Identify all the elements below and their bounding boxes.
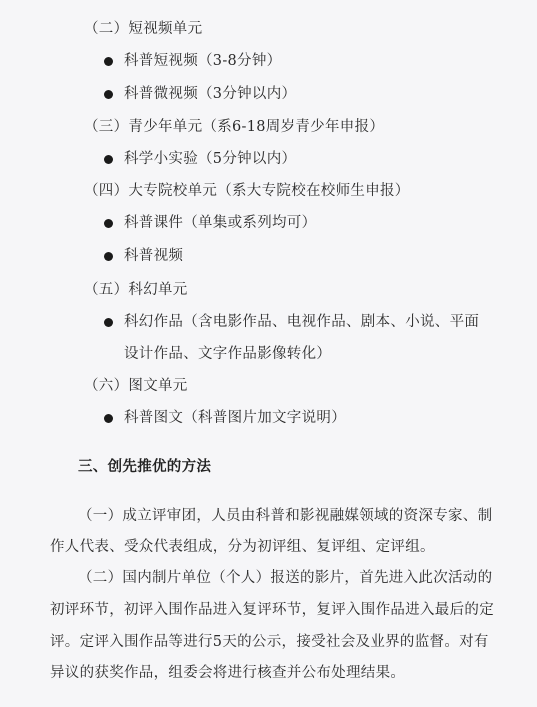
bullet-icon — [104, 57, 113, 66]
bullet-icon — [104, 414, 113, 423]
bullet-icon — [104, 90, 113, 99]
list-item: 科普视频 — [124, 246, 183, 266]
unit-title-short-video: （二）短视频单元 — [84, 19, 202, 39]
paragraph-line: 作人代表、受众代表组成，分为初评组、复评组、定评组。 — [50, 537, 435, 557]
paragraph-line: （二）国内制片单位（个人）报送的影片，首先进入此次活动的 — [78, 568, 492, 588]
paragraph-line: 异议的获奖作品，组委会将进行核查并公布处理结果。 — [50, 663, 405, 683]
bullet-icon — [104, 318, 113, 327]
bullet-icon — [104, 219, 113, 228]
list-item: 科普图文（科普图片加文字说明） — [124, 408, 346, 428]
bullet-icon — [104, 155, 113, 164]
section-heading: 三、创先推优的方法 — [78, 457, 211, 477]
list-item: 科普微视频（3分钟以内） — [124, 84, 296, 104]
unit-title-graphic: （六）图文单元 — [84, 376, 188, 396]
unit-title-scifi: （五）科幻单元 — [84, 280, 188, 300]
list-item: 科普课件（单集或系列均可） — [124, 213, 316, 233]
list-item: 科普短视频（3-8分钟） — [124, 51, 281, 71]
list-item: 科学小实验（5分钟以内） — [124, 149, 296, 169]
unit-title-youth: （三）青少年单元（系6-18周岁青少年申报） — [84, 117, 384, 137]
unit-title-college: （四）大专院校单元（系大专院校在校师生申报） — [84, 181, 410, 201]
list-item: 科幻作品（含电影作品、电视作品、剧本、小说、平面 — [124, 312, 479, 332]
paragraph-line: 初评环节，初评入围作品进入复评环节，复评入围作品进入最后的定 — [50, 600, 494, 620]
paragraph-line: 评。定评入围作品等进行5天的公示，接受社会及业界的监督。对有 — [50, 632, 489, 652]
list-item-continuation: 设计作品、文字作品影像转化） — [124, 344, 331, 364]
paragraph-line: （一）成立评审团，人员由科普和影视融媒领域的资深专家、制 — [78, 506, 492, 526]
bullet-icon — [104, 252, 113, 261]
